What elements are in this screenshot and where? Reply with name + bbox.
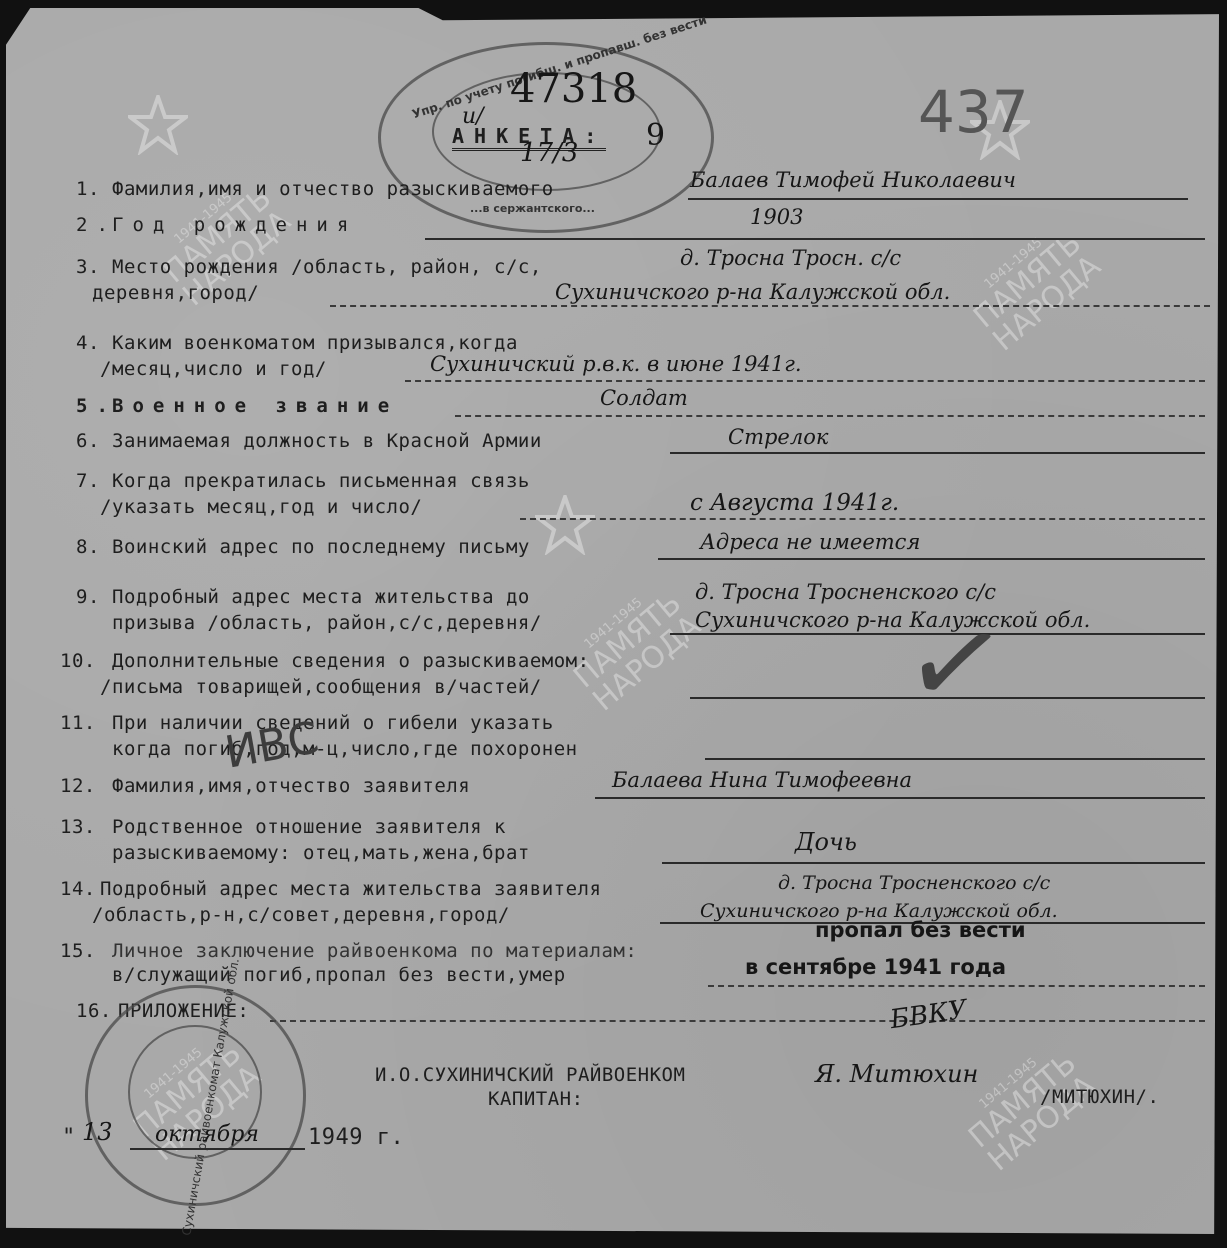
field-4-number: 4. (76, 332, 100, 354)
field-2-underline (425, 238, 1205, 240)
field-9-label-line1: Подробный адрес места жительства до (112, 586, 530, 608)
pencil-number: 437 (918, 78, 1029, 146)
field-3-value-line1: д. Тросна Тросн. с/с (680, 246, 901, 270)
field-13-underline (662, 862, 1205, 864)
field-4-value: Сухиничский р.в.к. в июне 1941г. (430, 352, 802, 376)
field-8-label: Воинский адрес по последнему письму (112, 536, 530, 558)
field-15-label-line1: Личное заключение райвоенкома по материа… (112, 940, 637, 962)
field-15-number: 15. (60, 940, 96, 962)
field-7-number: 7. (76, 470, 100, 492)
field-2-value: 1903 (750, 205, 803, 229)
field-13-label-line1: Родственное отношение заявителя к (112, 816, 506, 838)
field-5-value: Солдат (600, 386, 688, 410)
date-open-quote: " (62, 1125, 76, 1150)
field-15-label-line2: в/служащий погиб,пропал без вести,умер (112, 964, 566, 986)
field-12-number: 12. (60, 775, 96, 797)
field-12-value: Балаева Нина Тимофеевна (612, 768, 912, 792)
field-11-underline (705, 758, 1205, 760)
field-2-number: 2. (76, 214, 117, 236)
field-3-underline (330, 305, 1210, 307)
field-6-value: Стрелок (728, 425, 828, 449)
field-16-number: 16. (76, 1000, 112, 1022)
signature-scrawl: Я. Митюхин (815, 1060, 978, 1088)
field-7-underline (520, 518, 1205, 520)
field-15-underline (708, 985, 1205, 987)
field-6-underline (670, 452, 1205, 454)
date-day: 13 (82, 1118, 113, 1146)
field-10-number: 10. (60, 650, 96, 672)
field-14-number: 14. (60, 878, 96, 900)
field-9-number: 9. (76, 586, 100, 608)
field-6-label: Занимаемая должность в Красной Армии (112, 430, 542, 452)
field-7-label-line1: Когда прекратилась письменная связь (112, 470, 530, 492)
field-8-value: Адреса не имеется (700, 530, 920, 554)
field-13-label-line2: разыскиваемому: отец,мать,жена,брат (112, 842, 530, 864)
star-watermark-icon (128, 95, 188, 155)
field-8-underline (658, 558, 1205, 560)
signatory-name: /МИТЮХИН/. (1040, 1086, 1159, 1108)
field-15-value-line2: в сентябре 1941 года (745, 955, 1006, 979)
field-5-label: Военное звание (112, 395, 398, 417)
field-12-underline (595, 797, 1205, 799)
archive-number: 47318 (510, 66, 637, 112)
field-6-number: 6. (76, 430, 100, 452)
field-14-label-line1: Подробный адрес места жительства заявите… (100, 878, 601, 900)
field-1-number: 1. (76, 178, 100, 200)
field-13-number: 13. (60, 816, 96, 838)
field-11-number: 11. (60, 712, 96, 734)
field-8-number: 8. (76, 536, 100, 558)
field-5-number: 5. (76, 395, 117, 417)
field-3-label-line1: Место рождения /область, район, с/с, (112, 256, 542, 278)
field-1-underline (688, 198, 1188, 200)
field-4-underline (405, 380, 1205, 382)
date-month-underline (130, 1148, 305, 1150)
field-10-label-line1: Дополнительные сведения о разыскиваемом: (112, 650, 590, 672)
field-9-label-line2: призыва /область, район,с/с,деревня/ (112, 612, 542, 634)
field-1-label: Фамилия,имя и отчество разыскиваемого (112, 178, 554, 200)
field-15-value-line1: пропал без вести (815, 918, 1026, 942)
field-2-label: Год рождения (112, 214, 357, 236)
star-watermark-icon (535, 495, 595, 555)
field-4-label-line2: /месяц,число и год/ (100, 358, 327, 380)
date-month: октября (155, 1122, 259, 1147)
field-16-underline (270, 1020, 1205, 1022)
registry-stamp-bottom-text: ...в сержантского... (470, 202, 595, 215)
field-3-label-line2: деревня,город/ (92, 282, 259, 304)
signatory-rank: КАПИТАН: (488, 1088, 584, 1110)
field-11-label-line1: При наличии сведений о гибели указать (112, 712, 554, 734)
field-14-value-line1: д. Тросна Тросненского с/с (778, 872, 1050, 894)
field-10-label-line2: /письма товарищей,сообщения в/частей/ (100, 676, 542, 698)
field-7-value: с Августа 1941г. (690, 490, 899, 516)
field-12-label: Фамилия,имя,отчество заявителя (112, 775, 470, 797)
field-14-label-line2: /область,р-н,с/совет,деревня,город/ (92, 904, 510, 926)
field-9-value-line2: Сухиничского р-на Калужской обл. (695, 608, 1090, 632)
field-13-value: Дочь (795, 828, 857, 856)
field-5-underline (455, 415, 1205, 417)
field-3-value-line2: Сухиничского р-на Калужской обл. (555, 280, 950, 304)
signatory-position: И.О.СУХИНИЧСКИЙ РАЙВОЕНКОМ (375, 1064, 685, 1086)
field-3-number: 3. (76, 256, 100, 278)
field-4-label-line1: Каким военкоматом призывался,когда (112, 332, 518, 354)
title-scribble: 17/3 (520, 138, 578, 168)
form-suffix: 9 (646, 118, 665, 153)
field-11-label-line2: когда погиб,год,м-ц,число,где похоронен (112, 738, 578, 760)
field-7-label-line2: /указать месяц,год и число/ (100, 496, 422, 518)
field-1-value: Балаев Тимофей Николаевич (690, 168, 1016, 192)
date-year: 1949 г. (308, 1125, 404, 1150)
